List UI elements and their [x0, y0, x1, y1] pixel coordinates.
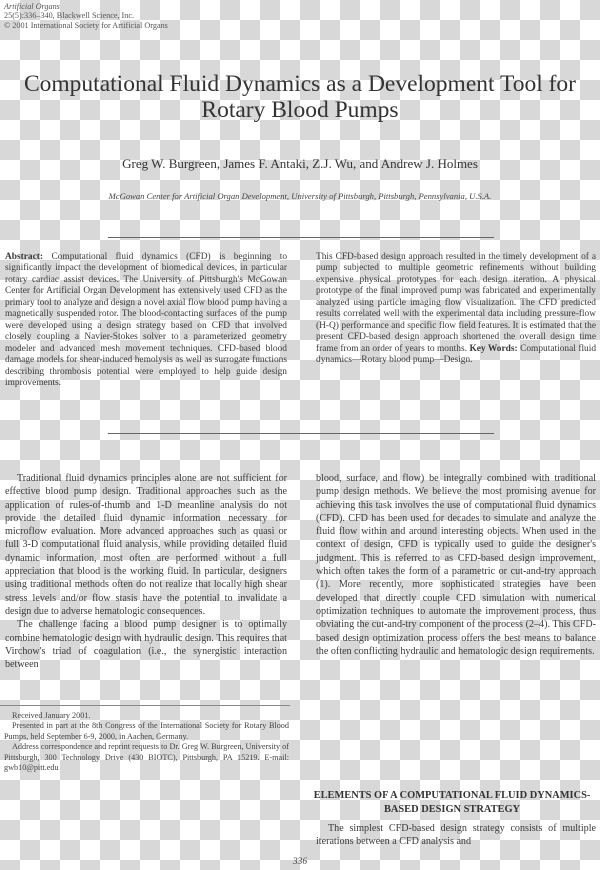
journal-copyright: © 2001 International Society for Artific… — [4, 21, 168, 30]
abstract-right-text: This CFD-based design approach resulted … — [316, 252, 596, 354]
article-authors: Greg W. Burgreen, James F. Antaki, Z.J. … — [0, 156, 600, 172]
body-paragraph-continued: blood, surface, and flow) be integrally … — [316, 472, 596, 658]
abstract-left-column: Abstract: Computational fluid dynamics (… — [5, 252, 287, 389]
journal-citation: 25(5):336–340, Blackwell Science, Inc. — [4, 11, 168, 20]
body-paragraph: Traditional fluid dynamics principles al… — [5, 472, 287, 618]
section-text: The simplest CFD-based design strategy c… — [316, 822, 596, 849]
abstract-bottom-divider — [108, 433, 494, 434]
footnote-received: Received January 2001. — [4, 711, 289, 721]
footnote-correspondence: Address correspondence and reprint reque… — [4, 742, 289, 773]
page-number: 336 — [0, 857, 600, 867]
keywords-label: Key Words: — [469, 344, 517, 354]
journal-name: Artificial Organs — [4, 2, 168, 11]
abstract-right-column: This CFD-based design approach resulted … — [316, 252, 596, 367]
abstract-top-divider — [108, 237, 494, 238]
footnotes: Received January 2001. Presented in part… — [4, 711, 289, 773]
abstract-left-text: Computational fluid dynamics (CFD) is be… — [5, 252, 287, 388]
body-left-column: Traditional fluid dynamics principles al… — [5, 472, 287, 671]
body-paragraph: The simplest CFD-based design strategy c… — [316, 822, 596, 849]
body-right-column: blood, surface, and flow) be integrally … — [316, 472, 596, 658]
journal-header: Artificial Organs 25(5):336–340, Blackwe… — [4, 2, 168, 30]
body-paragraph: The challenge facing a blood pump design… — [5, 618, 287, 671]
article-affiliation: McGowan Center for Artificial Organ Deve… — [0, 191, 600, 201]
section-heading: ELEMENTS OF A COMPUTATIONAL FLUID DYNAMI… — [308, 789, 596, 816]
article-title: Computational Fluid Dynamics as a Develo… — [0, 71, 600, 123]
footnote-presented: Presented in part at the 8th Congress of… — [4, 721, 289, 742]
footnote-divider — [0, 705, 290, 706]
abstract-label: Abstract: — [5, 252, 43, 262]
